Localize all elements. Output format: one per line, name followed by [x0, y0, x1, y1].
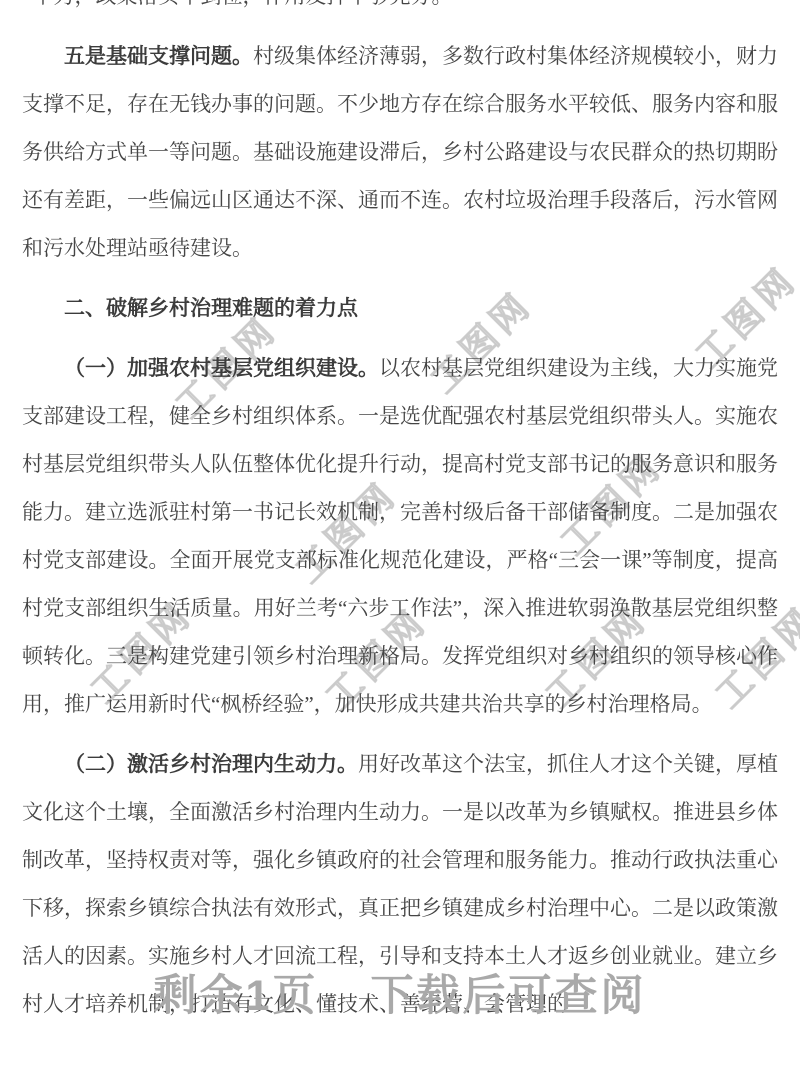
document-page: 不力，政策落实不到位，作用发挥不够充分。 五是基础支撑问题。村级集体经济薄弱，多… — [0, 0, 800, 1028]
preview-banner: 剩余1页 下载后可查阅 — [0, 962, 800, 1023]
section-heading: 二、破解乡村治理难题的着力点 — [22, 284, 778, 332]
download-hint-label: 下载后可查阅 — [370, 962, 646, 1023]
paragraph-party-building-lead: （一）加强农村基层党组织建设。 — [64, 356, 379, 380]
paragraph-support-body: 村级集体经济薄弱，多数行政村集体经济规模较小，财力支撑不足，存在无钱办事的问题。… — [22, 44, 778, 260]
paragraph-party-building-body: 以农村基层党组织建设为主线，大力实施党支部建设工程，健全乡村组织体系。一是选优配… — [22, 356, 778, 716]
clipped-top-line-text: 不力，政策落实不到位，作用发挥不够充分。 — [33, 0, 453, 8]
paragraph-support-lead: 五是基础支撑问题。 — [64, 44, 253, 68]
paragraph-internal-motivation-lead: （二）激活乡村治理内生动力。 — [64, 752, 358, 776]
paragraph-support-problems: 五是基础支撑问题。村级集体经济薄弱，多数行政村集体经济规模较小，财力支撑不足，存… — [22, 32, 778, 272]
remaining-pages-label: 剩余1页 — [154, 962, 319, 1023]
clipped-top-line: 不力，政策落实不到位，作用发挥不够充分。 — [22, 0, 778, 20]
paragraph-party-building: （一）加强农村基层党组织建设。以农村基层党组织建设为主线，大力实施党支部建设工程… — [22, 344, 778, 728]
